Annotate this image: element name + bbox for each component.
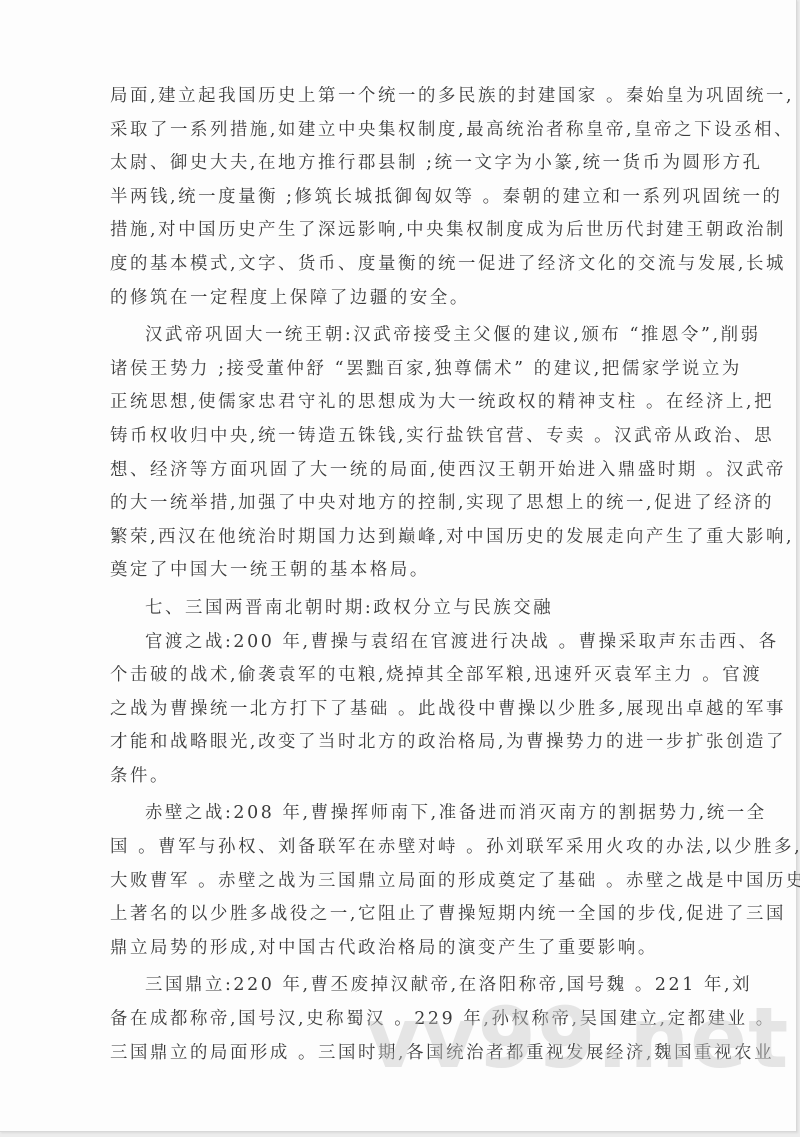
text-line: 上著名的以少胜多战役之一,它阻止了曹操短期内统一全国的步伐,促进了三国 bbox=[110, 898, 680, 932]
text-line: 诸侯王势力 ;接受董仲舒 “罢黜百家,独尊儒术” 的建议,把儒家学说立为 bbox=[110, 353, 680, 387]
text-line: 条件。 bbox=[110, 760, 680, 794]
text-line: 个击破的战术,偷袭袁军的屯粮,烧掉其全部军粮,迅速歼灭袁军主力 。官渡 bbox=[110, 659, 680, 693]
text-line: 奠定了中国大一统王朝的基本格局。 bbox=[110, 554, 680, 588]
watermark-text: vv99.net bbox=[366, 996, 789, 1080]
section-heading: 七、三国两晋南北朝时期:政权分立与民族交融 bbox=[110, 592, 680, 626]
text-line: 赤壁之战:208 年,曹操挥师南下,准备进而消灭南方的割据势力,统一全 bbox=[110, 797, 680, 831]
text-line: 国 。曹军与孙权、刘备联军在赤壁对峙 。孙刘联军采用火攻的办法,以少胜多, bbox=[110, 831, 680, 865]
text-line: 铸币权收归中央,统一铸造五铢钱,实行盐铁官营、专卖 。汉武帝从政治、思 bbox=[110, 420, 680, 454]
document-body: 局面,建立起我国历史上第一个统一的多民族的封建国家 。秦始皇为巩固统一, 采取了… bbox=[110, 80, 680, 1070]
text-line: 局面,建立起我国历史上第一个统一的多民族的封建国家 。秦始皇为巩固统一, bbox=[110, 80, 680, 114]
text-line: 太尉、御史大夫,在地方推行郡县制 ;统一文字为小篆,统一货币为圆形方孔 bbox=[110, 147, 680, 181]
text-line: 才能和战略眼光,改变了当时北方的政治格局,为曹操势力的进一步扩张创造了 bbox=[110, 726, 680, 760]
text-line: 半两钱,统一度量衡 ;修筑长城抵御匈奴等 。秦朝的建立和一系列巩固统一的 bbox=[110, 181, 680, 215]
text-line: 正统思想,使儒家忠君守礼的思想成为大一统政权的精神支柱 。在经济上,把 bbox=[110, 386, 680, 420]
text-line: 采取了一系列措施,如建立中央集权制度,最高统治者称皇帝,皇帝之下设丞相、 bbox=[110, 114, 680, 148]
text-line: 汉武帝巩固大一统王朝:汉武帝接受主父偃的建议,颁布 “推恩令”,削弱 bbox=[110, 319, 680, 353]
text-line: 大败曹军 。赤壁之战为三国鼎立局面的形成奠定了基础 。赤壁之战是中国历史 bbox=[110, 865, 680, 899]
document-page: 局面,建立起我国历史上第一个统一的多民族的封建国家 。秦始皇为巩固统一, 采取了… bbox=[0, 0, 797, 1132]
text-line: 官渡之战:200 年,曹操与袁绍在官渡进行决战 。曹操采取声东击西、各 bbox=[110, 626, 680, 660]
text-line: 措施,对中国历史产生了深远影响,中央集权制度成为后世历代封建王朝政治制 bbox=[110, 214, 680, 248]
paragraph-han-wudi: 汉武帝巩固大一统王朝:汉武帝接受主父偃的建议,颁布 “推恩令”,削弱 诸侯王势力… bbox=[110, 319, 680, 588]
paragraph-qin-unification: 局面,建立起我国历史上第一个统一的多民族的封建国家 。秦始皇为巩固统一, 采取了… bbox=[110, 80, 680, 315]
heading-text: 七、三国两晋南北朝时期:政权分立与民族交融 bbox=[110, 592, 680, 626]
text-line: 的大一统举措,加强了中央对地方的控制,实现了思想上的统一,促进了经济的 bbox=[110, 487, 680, 521]
text-line: 的修筑在一定程度上保障了边疆的安全。 bbox=[110, 282, 680, 316]
text-line: 想、经济等方面巩固了大一统的局面,使西汉王朝开始进入鼎盛时期 。汉武帝 bbox=[110, 454, 680, 488]
text-line: 之战为曹操统一北方打下了基础 。此战役中曹操以少胜多,展现出卓越的军事 bbox=[110, 693, 680, 727]
text-line: 繁荣,西汉在他统治时期国力达到巅峰,对中国历史的发展走向产生了重大影响, bbox=[110, 521, 680, 555]
text-line: 度的基本模式,文字、货币、度量衡的统一促进了经济文化的交流与发展,长城 bbox=[110, 248, 680, 282]
paragraph-battle-of-red-cliffs: 赤壁之战:208 年,曹操挥师南下,准备进而消灭南方的割据势力,统一全 国 。曹… bbox=[110, 797, 680, 965]
paragraph-battle-of-guandu: 官渡之战:200 年,曹操与袁绍在官渡进行决战 。曹操采取声东击西、各 个击破的… bbox=[110, 626, 680, 794]
text-line: 鼎立局势的形成,对中国古代政治格局的演变产生了重要影响。 bbox=[110, 932, 680, 966]
